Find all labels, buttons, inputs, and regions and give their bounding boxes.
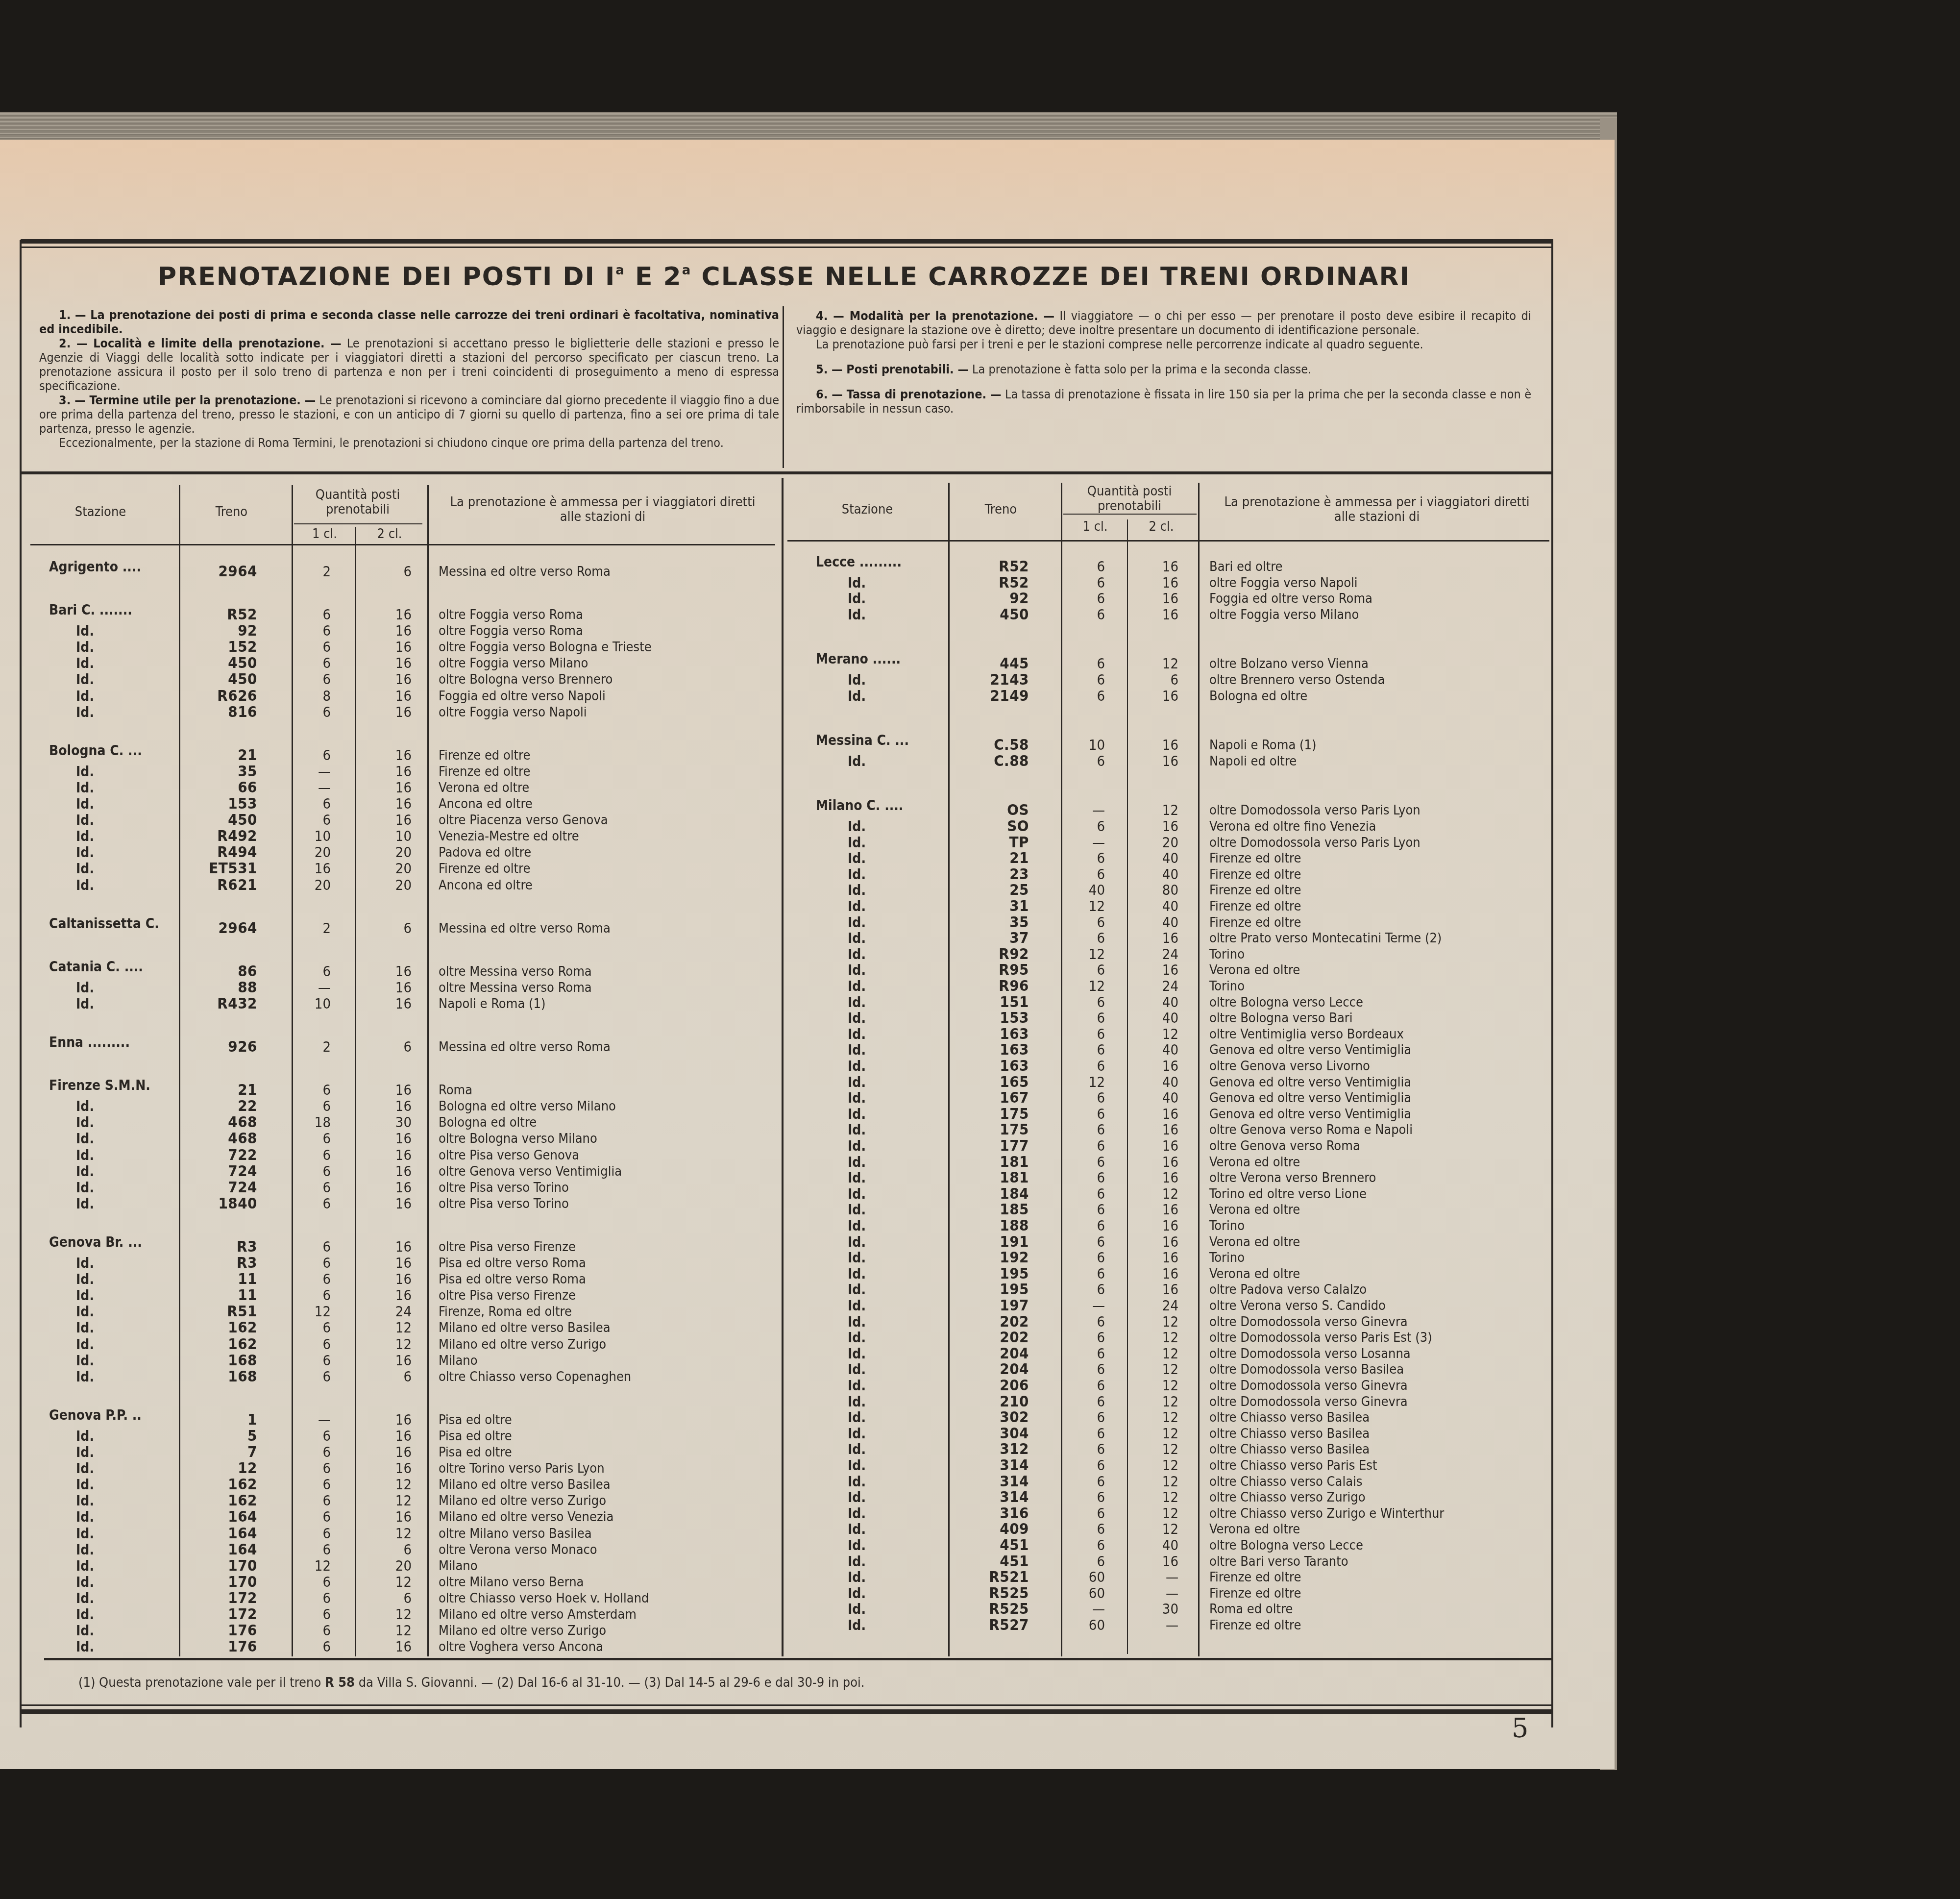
train-number: 451 bbox=[951, 1537, 1029, 1554]
station-name: Milano C. .... bbox=[816, 797, 903, 814]
destination: oltre Bari verso Taranto bbox=[1209, 1554, 1348, 1570]
train-number: 202 bbox=[951, 1330, 1029, 1346]
station-repeat: Id. bbox=[76, 1493, 94, 1509]
destination: Bologna ed oltre bbox=[1209, 688, 1307, 704]
train-number: 162 bbox=[181, 1336, 257, 1353]
station-repeat: Id. bbox=[76, 1255, 94, 1271]
destination: Roma bbox=[439, 1082, 472, 1098]
seats-second-class: 16 bbox=[1129, 559, 1178, 575]
seats-second-class: 12 bbox=[358, 1477, 412, 1493]
station-name: Bologna C. ... bbox=[49, 742, 142, 759]
destination: Napoli ed oltre bbox=[1209, 753, 1297, 769]
train-number: 185 bbox=[951, 1202, 1029, 1218]
train-number: R52 bbox=[181, 607, 257, 623]
destination: Firenze ed oltre bbox=[1209, 898, 1301, 914]
destination: Verona ed oltre bbox=[1209, 1154, 1300, 1170]
seats-first-class: 10 bbox=[294, 828, 331, 844]
seats-first-class: 60 bbox=[1063, 1617, 1105, 1633]
destination: oltre Chiasso verso Zurigo bbox=[1209, 1489, 1366, 1505]
destination: Genova ed oltre verso Ventimiglia bbox=[1209, 1090, 1411, 1106]
train-number: 168 bbox=[181, 1369, 257, 1385]
seats-first-class: 6 bbox=[1063, 1441, 1105, 1457]
seats-first-class: 10 bbox=[294, 996, 331, 1012]
seats-first-class: 6 bbox=[1063, 1537, 1105, 1554]
station-repeat: Id. bbox=[76, 623, 94, 639]
train-number: 316 bbox=[951, 1505, 1029, 1522]
seats-second-class: 12 bbox=[1129, 1457, 1178, 1474]
seats-first-class: 6 bbox=[1063, 1409, 1105, 1426]
seats-first-class: 60 bbox=[1063, 1585, 1105, 1602]
destination: oltre Pisa verso Genova bbox=[439, 1147, 579, 1163]
seats-first-class: 6 bbox=[1063, 1314, 1105, 1330]
seats-second-class: 16 bbox=[358, 671, 412, 688]
seats-second-class: 16 bbox=[358, 623, 412, 639]
train-number: 206 bbox=[951, 1378, 1029, 1394]
destination: oltre Genova verso Ventimiglia bbox=[439, 1163, 622, 1180]
destination: Milano ed oltre verso Venezia bbox=[439, 1509, 613, 1525]
train-number: 468 bbox=[181, 1131, 257, 1147]
page-number: 5 bbox=[1512, 1713, 1528, 1744]
station-repeat: Id. bbox=[848, 1457, 866, 1474]
destination: Bari ed oltre bbox=[1209, 559, 1283, 575]
seats-first-class: 6 bbox=[1063, 688, 1105, 704]
seats-first-class: 6 bbox=[1063, 1218, 1105, 1234]
destination: Milano bbox=[439, 1558, 478, 1574]
seats-first-class: 6 bbox=[1063, 866, 1105, 883]
train-number: TP bbox=[951, 835, 1029, 851]
seats-second-class: 16 bbox=[358, 1639, 412, 1655]
seats-second-class: 16 bbox=[1129, 688, 1178, 704]
destination: oltre Bolzano verso Vienna bbox=[1209, 656, 1369, 672]
station-name: Genova P.P. .. bbox=[49, 1407, 142, 1423]
destination: oltre Chiasso verso Copenaghen bbox=[439, 1369, 631, 1385]
header-cl1: 1 cl. bbox=[1066, 519, 1125, 534]
destination: Firenze ed oltre bbox=[1209, 1569, 1301, 1585]
seats-second-class: 16 bbox=[358, 747, 412, 764]
train-number: 176 bbox=[181, 1623, 257, 1639]
station-repeat: Id. bbox=[76, 704, 94, 720]
destination: Firenze ed oltre bbox=[1209, 1617, 1301, 1633]
seats-first-class: 6 bbox=[1063, 1058, 1105, 1074]
train-number: 191 bbox=[951, 1234, 1029, 1250]
seats-first-class: 6 bbox=[1063, 1186, 1105, 1202]
station-repeat: Id. bbox=[848, 1441, 866, 1457]
station-repeat: Id. bbox=[848, 1282, 866, 1298]
col-divider bbox=[948, 483, 950, 1656]
seats-first-class: 6 bbox=[1063, 850, 1105, 866]
station-repeat: Id. bbox=[848, 688, 866, 704]
seats-first-class: 12 bbox=[294, 1558, 331, 1574]
station-repeat: Id. bbox=[76, 1542, 94, 1558]
seats-second-class: 16 bbox=[358, 1412, 412, 1428]
train-number: 176 bbox=[181, 1639, 257, 1655]
seats-first-class: 6 bbox=[1063, 1474, 1105, 1490]
train-number: 450 bbox=[181, 812, 257, 828]
station-repeat: Id. bbox=[76, 1623, 94, 1639]
train-number: 724 bbox=[181, 1163, 257, 1180]
station-repeat: Id. bbox=[848, 1489, 866, 1505]
seats-second-class: 12 bbox=[1129, 1186, 1178, 1202]
seats-first-class: 20 bbox=[294, 844, 331, 861]
seats-second-class: 16 bbox=[358, 1509, 412, 1525]
destination: oltre Verona verso S. Candido bbox=[1209, 1298, 1386, 1314]
train-number: 170 bbox=[181, 1558, 257, 1574]
station-repeat: Id. bbox=[848, 1234, 866, 1250]
destination: oltre Domodossola verso Ginevra bbox=[1209, 1314, 1408, 1330]
seats-first-class: 12 bbox=[1063, 946, 1105, 962]
station-repeat: Id. bbox=[848, 1505, 866, 1522]
seats-first-class: 6 bbox=[1063, 1090, 1105, 1106]
train-number: 21 bbox=[951, 850, 1029, 866]
seats-first-class: — bbox=[294, 780, 331, 796]
train-number: 195 bbox=[951, 1266, 1029, 1282]
col-divider bbox=[427, 485, 429, 1656]
train-number: R3 bbox=[181, 1239, 257, 1255]
train-number: 314 bbox=[951, 1489, 1029, 1505]
seats-first-class: 6 bbox=[1063, 1106, 1105, 1122]
train-number: 25 bbox=[951, 882, 1029, 898]
destination: oltre Piacenza verso Genova bbox=[439, 812, 608, 828]
seats-first-class: 6 bbox=[1063, 1457, 1105, 1474]
station-repeat: Id. bbox=[848, 1569, 866, 1585]
destination: Messina ed oltre verso Roma bbox=[439, 1039, 611, 1055]
destination: Firenze, Roma ed oltre bbox=[439, 1304, 572, 1320]
destination: Ancona ed oltre bbox=[439, 877, 533, 893]
destination: oltre Foggia verso Milano bbox=[1209, 607, 1359, 623]
train-number: R492 bbox=[181, 828, 257, 844]
seats-first-class: 6 bbox=[294, 1320, 331, 1336]
seats-second-class: 16 bbox=[1129, 607, 1178, 623]
seats-second-class: 12 bbox=[358, 1606, 412, 1623]
station-repeat: Id. bbox=[848, 607, 866, 623]
seats-second-class: 16 bbox=[1129, 753, 1178, 769]
train-number: R3 bbox=[181, 1255, 257, 1271]
station-repeat: Id. bbox=[848, 1266, 866, 1282]
train-number: 165 bbox=[951, 1074, 1029, 1090]
train-number: R621 bbox=[181, 877, 257, 893]
seats-second-class: 16 bbox=[1129, 1282, 1178, 1298]
seats-first-class: 6 bbox=[1063, 575, 1105, 591]
station-repeat: Id. bbox=[76, 844, 94, 861]
seats-second-class: 6 bbox=[358, 1039, 412, 1055]
destination: Genova ed oltre verso Ventimiglia bbox=[1209, 1042, 1411, 1058]
seats-second-class: 16 bbox=[1129, 930, 1178, 946]
station-name: Bari C. ....... bbox=[49, 602, 132, 618]
destination: Torino ed oltre verso Lione bbox=[1209, 1186, 1367, 1202]
station-repeat: Id. bbox=[76, 1320, 94, 1336]
seats-first-class: 6 bbox=[1063, 818, 1105, 835]
station-repeat: Id. bbox=[848, 1154, 866, 1170]
station-repeat: Id. bbox=[76, 1558, 94, 1574]
station-repeat: Id. bbox=[76, 812, 94, 828]
seats-second-class: 16 bbox=[358, 1271, 412, 1287]
seats-first-class: 6 bbox=[294, 1163, 331, 1180]
station-repeat: Id. bbox=[76, 1460, 94, 1477]
destination: Verona ed oltre fino Venezia bbox=[1209, 818, 1376, 835]
seats-second-class: 20 bbox=[358, 1558, 412, 1574]
station-repeat: Id. bbox=[76, 1639, 94, 1655]
destination: oltre Bologna verso Lecce bbox=[1209, 1537, 1363, 1554]
seats-first-class: — bbox=[1063, 1601, 1105, 1617]
station-repeat: Id. bbox=[848, 850, 866, 866]
seats-second-class: 40 bbox=[1129, 1537, 1178, 1554]
destination: Verona ed oltre bbox=[1209, 962, 1300, 978]
seats-second-class: 16 bbox=[358, 1353, 412, 1369]
seats-first-class: 6 bbox=[1063, 962, 1105, 978]
seats-second-class: 6 bbox=[358, 1590, 412, 1606]
destination: Padova ed oltre bbox=[439, 844, 531, 861]
seats-first-class: 6 bbox=[1063, 1505, 1105, 1522]
seats-first-class: 6 bbox=[294, 1255, 331, 1271]
station-repeat: Id. bbox=[76, 1196, 94, 1212]
seats-second-class: 16 bbox=[358, 1147, 412, 1163]
station-repeat: Id. bbox=[76, 828, 94, 844]
seats-second-class: — bbox=[1129, 1569, 1178, 1585]
seats-second-class: 16 bbox=[358, 607, 412, 623]
header-underline bbox=[787, 540, 1549, 542]
destination: oltre Pisa verso Firenze bbox=[439, 1287, 576, 1304]
train-number: 88 bbox=[181, 980, 257, 996]
seats-second-class: 16 bbox=[1129, 1106, 1178, 1122]
seats-second-class: 16 bbox=[358, 1163, 412, 1180]
seats-second-class: 16 bbox=[1129, 1058, 1178, 1074]
seats-first-class: 6 bbox=[294, 1606, 331, 1623]
destination: oltre Messina verso Roma bbox=[439, 963, 592, 980]
seats-first-class: 6 bbox=[1063, 1266, 1105, 1282]
seats-second-class: 12 bbox=[1129, 1521, 1178, 1537]
seats-second-class: 16 bbox=[1129, 1218, 1178, 1234]
station-repeat: Id. bbox=[848, 1010, 866, 1026]
seats-second-class: 12 bbox=[1129, 1026, 1178, 1042]
seats-first-class: 6 bbox=[1063, 1250, 1105, 1266]
seats-first-class: 6 bbox=[294, 1180, 331, 1196]
destination: Pisa ed oltre bbox=[439, 1444, 512, 1460]
station-repeat: Id. bbox=[76, 1098, 94, 1114]
intro-left-column: 1. — La prenotazione dei posti di prima … bbox=[39, 308, 779, 450]
station-repeat: Id. bbox=[76, 1574, 94, 1590]
seats-first-class: 6 bbox=[1063, 1282, 1105, 1298]
station-repeat: Id. bbox=[848, 1298, 866, 1314]
seats-first-class: 6 bbox=[1063, 1122, 1105, 1138]
seats-second-class: 20 bbox=[1129, 835, 1178, 851]
seats-second-class: 16 bbox=[1129, 1154, 1178, 1170]
station-repeat: Id. bbox=[76, 1163, 94, 1180]
seats-second-class: 16 bbox=[1129, 818, 1178, 835]
destination: Messina ed oltre verso Roma bbox=[439, 564, 611, 580]
destination: oltre Chiasso verso Basilea bbox=[1209, 1441, 1370, 1457]
seats-first-class: 6 bbox=[1063, 1394, 1105, 1410]
train-number: OS bbox=[951, 802, 1029, 818]
col-divider bbox=[292, 485, 293, 1656]
seats-second-class: 40 bbox=[1129, 850, 1178, 866]
station-repeat: Id. bbox=[848, 882, 866, 898]
quantita-underline bbox=[294, 523, 422, 524]
train-number: 192 bbox=[951, 1250, 1029, 1266]
seats-second-class: 12 bbox=[1129, 1489, 1178, 1505]
destination: oltre Chiasso verso Basilea bbox=[1209, 1409, 1370, 1426]
destination: oltre Verona verso Brennero bbox=[1209, 1170, 1376, 1186]
book-page-edges bbox=[0, 112, 1617, 141]
seats-first-class: — bbox=[1063, 1298, 1105, 1314]
train-number: 2143 bbox=[951, 672, 1029, 688]
rule-4: 4. — Modalità per la prenotazione. — Il … bbox=[796, 309, 1531, 337]
train-number: 204 bbox=[951, 1346, 1029, 1362]
seats-first-class: 6 bbox=[1063, 1026, 1105, 1042]
destination: oltre Chiasso verso Calais bbox=[1209, 1474, 1362, 1490]
seats-first-class: 6 bbox=[294, 1147, 331, 1163]
destination: oltre Pisa verso Torino bbox=[439, 1196, 569, 1212]
train-number: 7 bbox=[181, 1444, 257, 1460]
station-repeat: Id. bbox=[76, 1271, 94, 1287]
destination: oltre Genova verso Roma bbox=[1209, 1138, 1360, 1154]
seats-second-class: 6 bbox=[358, 564, 412, 580]
bottom-double-rule-thick bbox=[21, 1709, 1553, 1714]
seats-second-class: 12 bbox=[1129, 1361, 1178, 1378]
seats-second-class: 12 bbox=[1129, 1409, 1178, 1426]
station-name: Catania C. .... bbox=[49, 959, 143, 975]
destination: oltre Ventimiglia verso Bordeaux bbox=[1209, 1026, 1404, 1042]
destination: Pisa ed oltre bbox=[439, 1412, 512, 1428]
destination: oltre Foggia verso Napoli bbox=[1209, 575, 1358, 591]
rule-2: 2. — Località e limite della prenotazion… bbox=[39, 336, 779, 393]
station-repeat: Id. bbox=[848, 1554, 866, 1570]
seats-first-class: 6 bbox=[1063, 559, 1105, 575]
seats-first-class: 6 bbox=[294, 747, 331, 764]
destination: oltre Domodossola verso Paris Est (3) bbox=[1209, 1330, 1432, 1346]
seats-second-class: 12 bbox=[358, 1574, 412, 1590]
station-repeat: Id. bbox=[848, 1361, 866, 1378]
train-number: 816 bbox=[181, 704, 257, 720]
seats-first-class: 6 bbox=[294, 1623, 331, 1639]
seats-second-class: 6 bbox=[1129, 672, 1178, 688]
station-repeat: Id. bbox=[848, 1474, 866, 1490]
station-repeat: Id. bbox=[76, 996, 94, 1012]
seats-second-class: 12 bbox=[1129, 1346, 1178, 1362]
seats-second-class: 16 bbox=[358, 1131, 412, 1147]
train-number: 172 bbox=[181, 1590, 257, 1606]
header-cl2: 2 cl. bbox=[1127, 519, 1196, 534]
seats-second-class: 24 bbox=[1129, 1298, 1178, 1314]
seats-first-class: 6 bbox=[294, 1526, 331, 1542]
station-repeat: Id. bbox=[848, 1074, 866, 1090]
destination: Firenze ed oltre bbox=[439, 747, 530, 764]
seats-second-class: 16 bbox=[358, 1082, 412, 1098]
seats-second-class: 12 bbox=[1129, 1426, 1178, 1442]
train-number: 35 bbox=[951, 914, 1029, 931]
station-repeat: Id. bbox=[76, 1509, 94, 1525]
seats-second-class: 16 bbox=[358, 1180, 412, 1196]
train-number: 172 bbox=[181, 1606, 257, 1623]
destination: Torino bbox=[1209, 946, 1245, 962]
train-number: 31 bbox=[951, 898, 1029, 914]
col-divider bbox=[179, 485, 180, 1656]
seats-second-class: 12 bbox=[1129, 802, 1178, 818]
station-repeat: Id. bbox=[848, 1026, 866, 1042]
seats-first-class: 10 bbox=[1063, 737, 1105, 753]
train-number: R92 bbox=[951, 946, 1029, 962]
seats-second-class: 40 bbox=[1129, 1042, 1178, 1058]
seats-second-class: 16 bbox=[358, 996, 412, 1012]
seats-second-class: 12 bbox=[358, 1320, 412, 1336]
col-divider bbox=[355, 527, 356, 1656]
train-number: 468 bbox=[181, 1114, 257, 1131]
train-number: 167 bbox=[951, 1090, 1029, 1106]
station-repeat: Id. bbox=[848, 1042, 866, 1058]
destination: oltre Foggia verso Milano bbox=[439, 655, 588, 671]
station-repeat: Id. bbox=[848, 1394, 866, 1410]
destination: Firenze ed oltre bbox=[439, 764, 530, 780]
destination: Milano ed oltre verso Zurigo bbox=[439, 1336, 606, 1353]
seats-second-class: 12 bbox=[358, 1493, 412, 1509]
station-repeat: Id. bbox=[848, 978, 866, 994]
train-number: R96 bbox=[951, 978, 1029, 994]
seats-second-class: 16 bbox=[358, 688, 412, 704]
destination: oltre Messina verso Roma bbox=[439, 980, 592, 996]
intro-bottom-rule bbox=[21, 471, 1553, 474]
seats-first-class: 6 bbox=[294, 1287, 331, 1304]
destination: Torino bbox=[1209, 978, 1245, 994]
seats-second-class: 24 bbox=[1129, 946, 1178, 962]
station-repeat: Id. bbox=[848, 866, 866, 883]
seats-second-class: 16 bbox=[358, 812, 412, 828]
station-repeat: Id. bbox=[76, 1526, 94, 1542]
station-repeat: Id. bbox=[76, 1369, 94, 1385]
seats-first-class: — bbox=[294, 764, 331, 780]
seats-second-class: 16 bbox=[1129, 1122, 1178, 1138]
train-number: R525 bbox=[951, 1601, 1029, 1617]
destination: Firenze ed oltre bbox=[1209, 1585, 1301, 1602]
station-repeat: Id. bbox=[848, 1346, 866, 1362]
train-number: 168 bbox=[181, 1353, 257, 1369]
seats-second-class: 16 bbox=[1129, 962, 1178, 978]
destination: oltre Bologna verso Lecce bbox=[1209, 994, 1363, 1011]
header-destinazione: La prenotazione è ammessa per i viaggiat… bbox=[448, 495, 757, 524]
seats-second-class: 6 bbox=[358, 920, 412, 937]
header-cl1: 1 cl. bbox=[294, 527, 355, 542]
top-double-rule-thick bbox=[21, 239, 1553, 244]
train-number: 92 bbox=[181, 623, 257, 639]
destination: oltre Pisa verso Firenze bbox=[439, 1239, 576, 1255]
seats-first-class: 6 bbox=[294, 1493, 331, 1509]
seats-second-class: 16 bbox=[358, 1428, 412, 1444]
destination: oltre Genova verso Livorno bbox=[1209, 1058, 1370, 1074]
seats-first-class: 6 bbox=[294, 1590, 331, 1606]
train-number: C.58 bbox=[951, 737, 1029, 753]
destination: Venezia-Mestre ed oltre bbox=[439, 828, 579, 844]
seats-first-class: 6 bbox=[294, 1428, 331, 1444]
seats-first-class: 6 bbox=[294, 1509, 331, 1525]
header-quantita: Quantità posti prenotabili bbox=[1061, 484, 1198, 514]
seats-first-class: 6 bbox=[294, 607, 331, 623]
destination: oltre Chiasso verso Paris Est bbox=[1209, 1457, 1377, 1474]
seats-first-class: 6 bbox=[294, 963, 331, 980]
seats-second-class: 12 bbox=[1129, 1314, 1178, 1330]
seats-first-class: 6 bbox=[1063, 1170, 1105, 1186]
seats-first-class: 6 bbox=[294, 1369, 331, 1385]
train-number: 181 bbox=[951, 1154, 1029, 1170]
seats-second-class: 16 bbox=[358, 1098, 412, 1114]
station-repeat: Id. bbox=[76, 655, 94, 671]
train-number: 164 bbox=[181, 1509, 257, 1525]
station-repeat: Id. bbox=[848, 994, 866, 1011]
seats-first-class: 6 bbox=[1063, 1234, 1105, 1250]
seats-first-class: — bbox=[294, 980, 331, 996]
seats-second-class: 10 bbox=[358, 828, 412, 844]
seats-second-class: 40 bbox=[1129, 1010, 1178, 1026]
seats-first-class: 6 bbox=[294, 1098, 331, 1114]
destination: oltre Domodossola verso Paris Lyon bbox=[1209, 802, 1421, 818]
seats-second-class: 12 bbox=[358, 1526, 412, 1542]
